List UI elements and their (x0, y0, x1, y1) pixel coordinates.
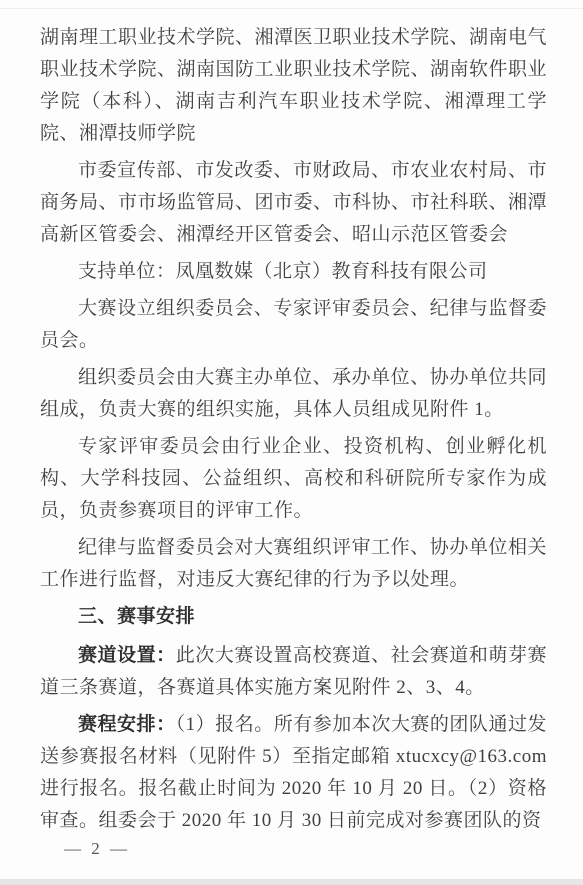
paragraph: 湖南理工职业技术学院、湘潭医卫职业技术学院、湖南电气职业技术学院、湖南国防工业职… (40, 22, 547, 150)
paragraph: 组织委员会由大赛主办单位、承办单位、协办单位共同组成，负责大赛的组织实施，具体人… (40, 362, 547, 426)
scan-artifact-top-line (0, 8, 583, 9)
paragraph: 纪律与监督委员会对大赛组织评审工作、协办单位相关工作进行监督，对违反大赛纪律的行… (40, 532, 547, 596)
scan-artifact-bottom-strip (0, 879, 583, 885)
scanned-document-page: 湖南理工职业技术学院、湘潭医卫职业技术学院、湖南电气职业技术学院、湖南国防工业职… (0, 0, 583, 885)
paragraph: 赛程安排：（1）报名。所有参加本次大赛的团队通过发送参赛报名材料（见附件 5）至… (40, 709, 547, 837)
paragraph-lead-label: 赛程安排： (78, 714, 176, 735)
paragraph: 赛道设置：此次大赛设置高校赛道、社会赛道和萌芽赛道三条赛道，各赛道具体实施方案见… (40, 640, 547, 704)
page-number: — 2 — (64, 839, 130, 859)
paragraph: 支持单位：凤凰数媒（北京）教育科技有限公司 (40, 256, 547, 288)
document-body: 湖南理工职业技术学院、湘潭医卫职业技术学院、湖南电气职业技术学院、湖南国防工业职… (40, 22, 547, 842)
paragraph-lead-label: 赛道设置： (78, 645, 176, 666)
paragraph: 大赛设立组织委员会、专家评审委员会、纪律与监督委员会。 (40, 293, 547, 357)
section-heading: 三、赛事安排 (40, 601, 547, 633)
paragraph: 专家评审委员会由行业企业、投资机构、创业孵化机构、大学科技园、公益组织、高校和科… (40, 431, 547, 527)
paragraph: 市委宣传部、市发改委、市财政局、市农业农村局、市商务局、市市场监管局、团市委、市… (40, 155, 547, 251)
